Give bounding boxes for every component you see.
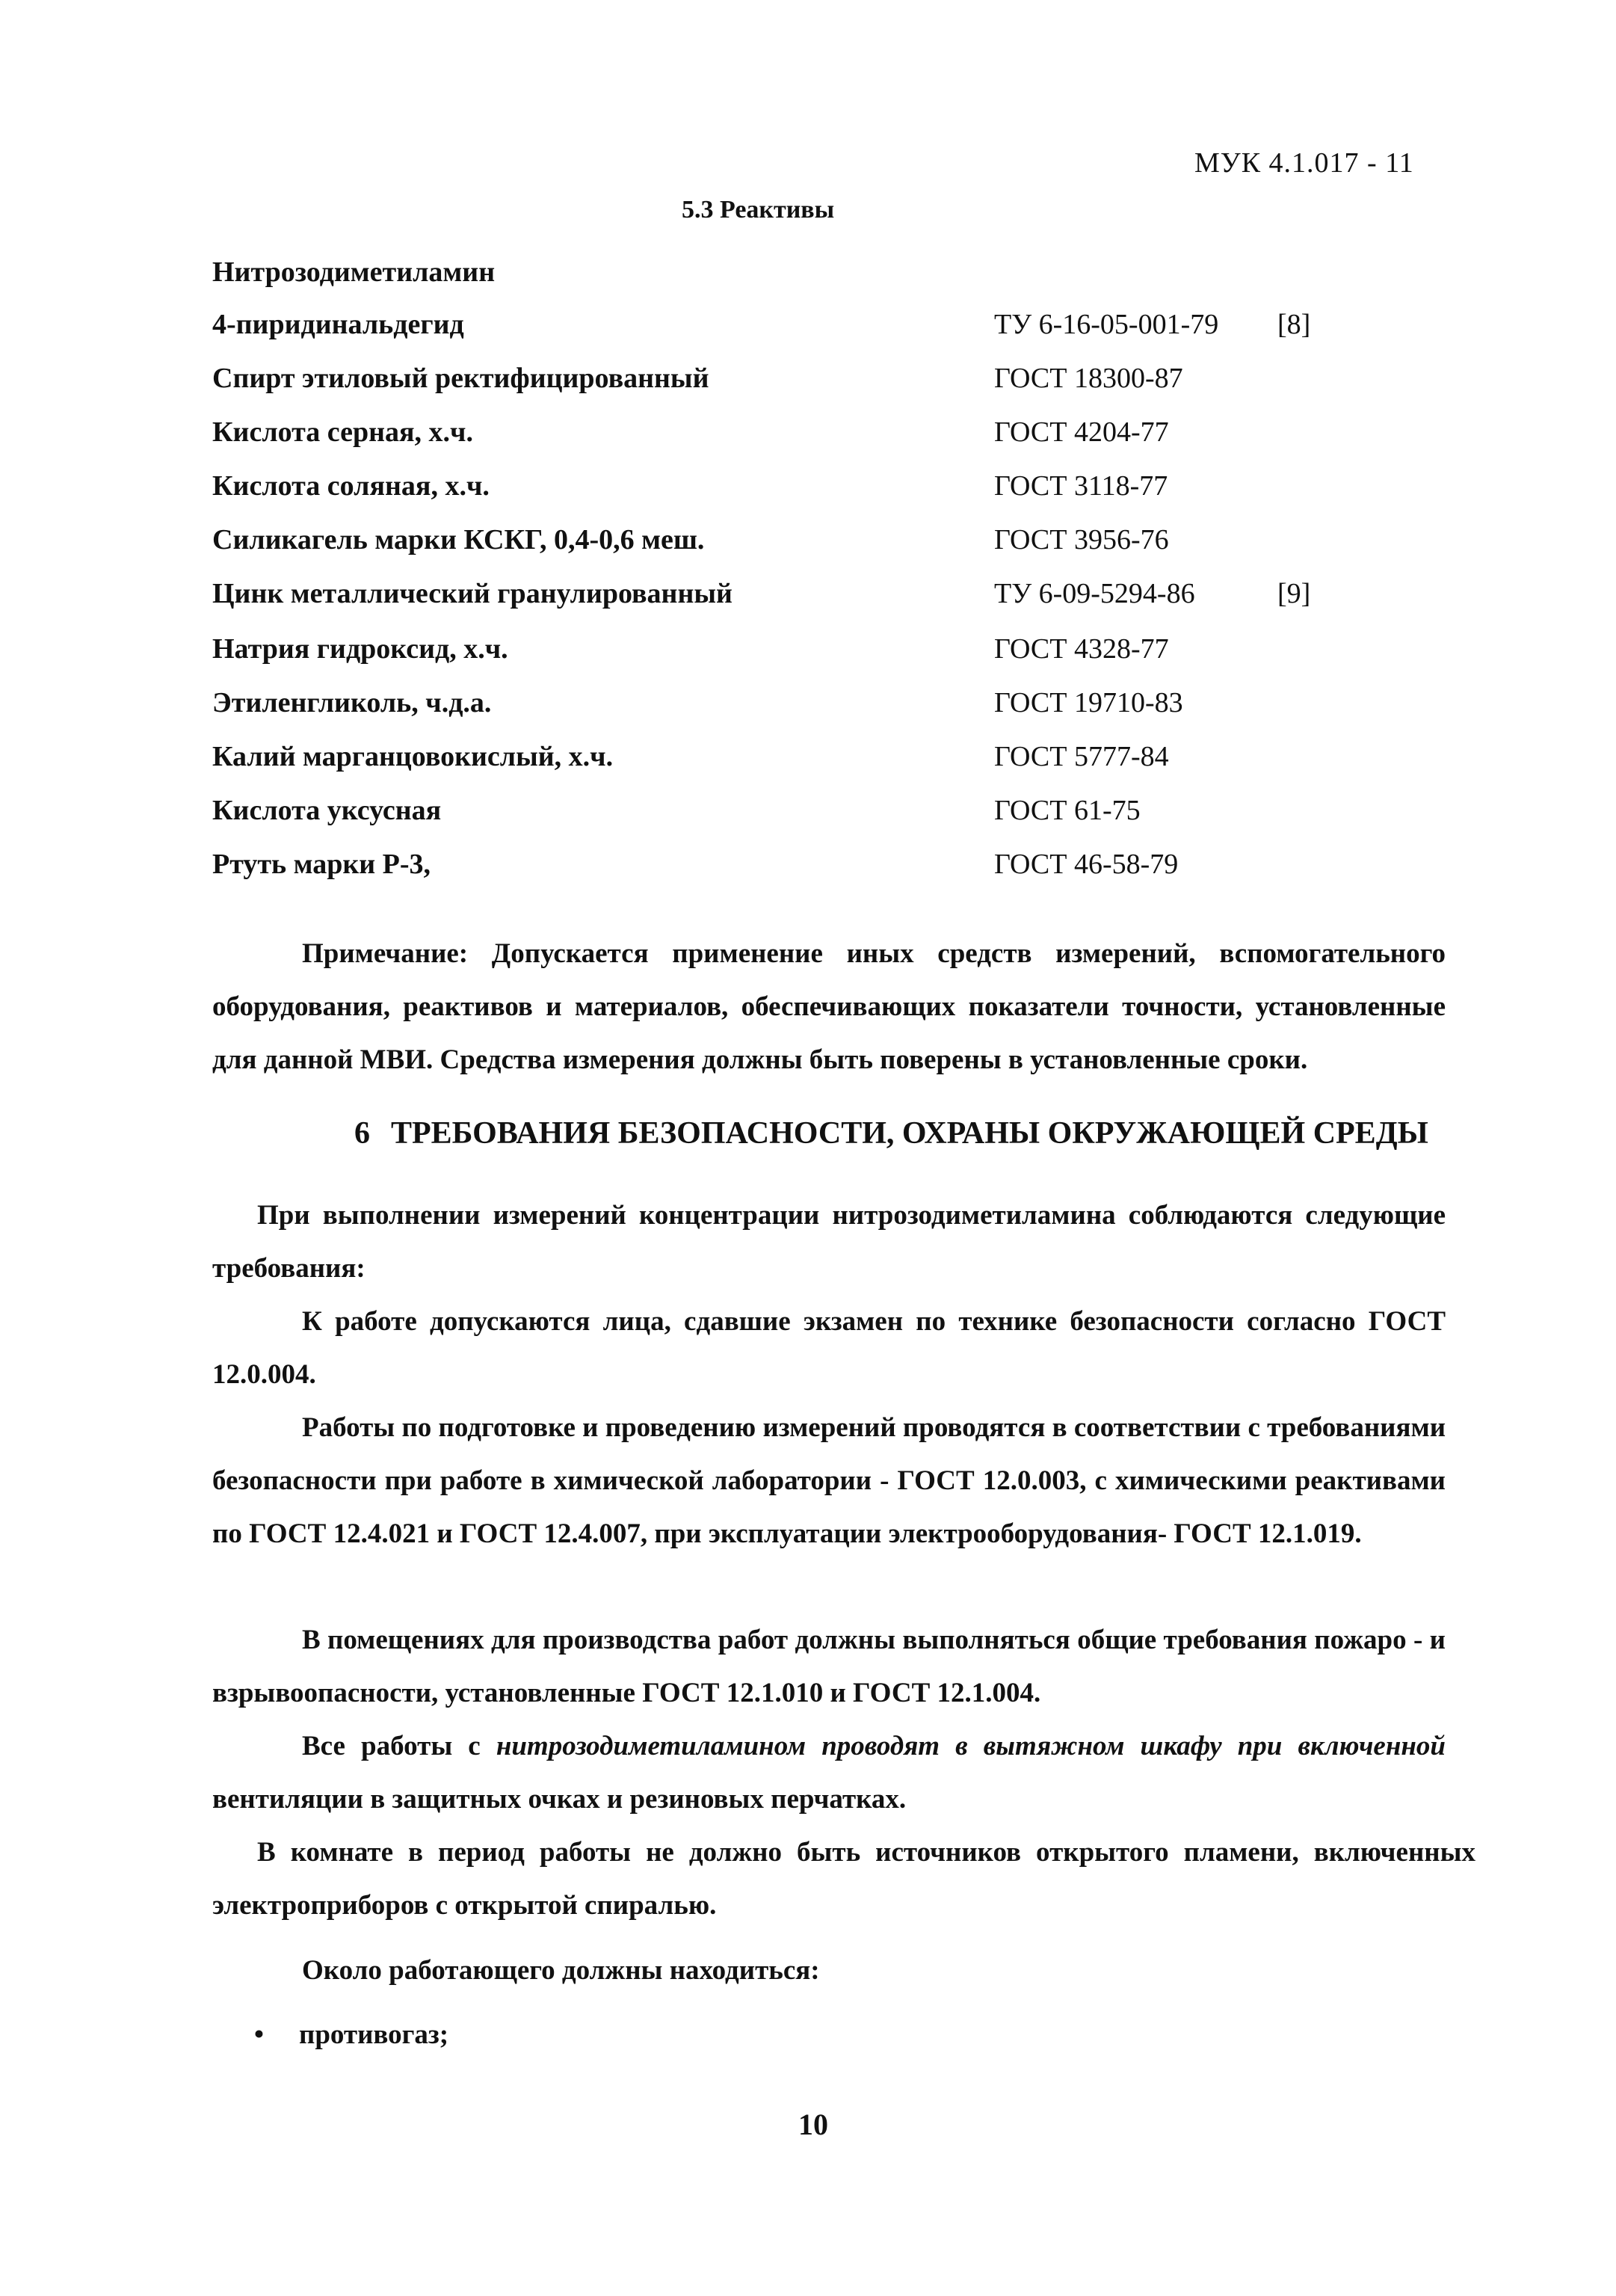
reagent-standard: ГОСТ 18300-87	[994, 362, 1183, 395]
reagent-row: Этиленгликоль, ч.д.а.ГОСТ 19710-83	[212, 686, 1453, 731]
reagent-row: Нитрозодиметиламин	[212, 256, 1453, 301]
paragraph-safety-standards: Работы по подготовке и проведению измере…	[212, 1401, 1446, 1560]
page-number: 10	[798, 2107, 828, 2142]
reagent-standard: ГОСТ 5777-84	[994, 740, 1169, 773]
reagent-name: Калий марганцовокислый, х.ч.	[212, 740, 613, 773]
reagent-name: Кислота серная, х.ч.	[212, 416, 473, 449]
reagent-standard: ТУ 6-09-5294-86	[994, 577, 1195, 610]
reagent-row: Натрия гидроксид, х.ч.ГОСТ 4328-77	[212, 633, 1453, 677]
reagent-row: Ртуть марки Р-3,ГОСТ 46-58-79	[212, 848, 1453, 893]
p4-italic: нитрозодиметиламином проводят в вытяжном…	[496, 1731, 1446, 1761]
reagent-row: Силикагель марки КСКГ, 0,4-0,6 меш.ГОСТ …	[212, 523, 1453, 568]
reagents-note: Примечание: Допускается применение иных …	[212, 927, 1446, 1086]
reagent-row: Кислота серная, х.ч.ГОСТ 4204-77	[212, 416, 1453, 461]
reagent-name: Спирт этиловый ректифицированный	[212, 362, 709, 395]
reagent-name: Кислота уксусная	[212, 794, 441, 827]
bullet-item: •противогаз;	[254, 2019, 448, 2051]
reagent-name: 4-пиридинальдегид	[212, 308, 464, 341]
reagent-row: Калий марганцовокислый, х.ч.ГОСТ 5777-84	[212, 740, 1453, 785]
bullet-icon: •	[254, 2019, 299, 2051]
paragraph-fire-safety: В помещениях для производства работ долж…	[212, 1613, 1446, 1720]
reagent-row: Цинк металлический гранулированныйТУ 6-0…	[212, 577, 1453, 622]
paragraph-near-worker: Около работающего должны находиться:	[212, 1944, 1446, 1997]
section-title: ТРЕБОВАНИЯ БЕЗОПАСНОСТИ, ОХРАНЫ ОКРУЖАЮЩ…	[391, 1116, 1428, 1151]
reagent-standard: ТУ 6-16-05-001-79	[994, 308, 1218, 341]
p4-lead: Все работы с	[302, 1731, 496, 1761]
reagent-name: Силикагель марки КСКГ, 0,4-0,6 меш.	[212, 523, 704, 556]
p4-tail: вентиляции в защитных очках и резиновых …	[212, 1784, 906, 1815]
reagent-name: Кислота соляная, х.ч.	[212, 470, 490, 502]
paragraph-admission: К работе допускаются лица, сдавшие экзам…	[212, 1295, 1446, 1401]
paragraph-fume-hood: Все работы с нитрозодиметиламином провод…	[212, 1720, 1446, 1826]
reagent-reference: [9]	[1277, 577, 1310, 610]
reagent-name: Цинк металлический гранулированный	[212, 577, 733, 610]
reagent-row: 4-пиридинальдегидТУ 6-16-05-001-79[8]	[212, 308, 1453, 353]
reagents-heading: 5.3 Реактивы	[682, 196, 834, 224]
note-text: Примечание: Допускается применение иных …	[212, 927, 1446, 1086]
reagent-standard: ГОСТ 3956-76	[994, 523, 1169, 556]
reagent-row: Кислота уксуснаяГОСТ 61-75	[212, 794, 1453, 839]
reagent-standard: ГОСТ 19710-83	[994, 686, 1183, 719]
reagent-name: Ртуть марки Р-3,	[212, 848, 431, 881]
reagent-standard: ГОСТ 61-75	[994, 794, 1141, 827]
reagent-name: Натрия гидроксид, х.ч.	[212, 633, 508, 665]
document-code: МУК 4.1.017 - 11	[1194, 147, 1414, 179]
reagent-standard: ГОСТ 4328-77	[994, 633, 1169, 665]
section-intro: При выполнении измерений концентрации ни…	[212, 1189, 1446, 1295]
reagent-reference: [8]	[1277, 308, 1310, 341]
reagent-row: Кислота соляная, х.ч.ГОСТ 3118-77	[212, 470, 1453, 514]
reagent-standard: ГОСТ 46-58-79	[994, 848, 1178, 881]
reagent-row: Спирт этиловый ректифицированныйГОСТ 183…	[212, 362, 1453, 407]
reagent-name: Нитрозодиметиламин	[212, 256, 495, 289]
section-number: 6	[354, 1116, 370, 1151]
paragraph-open-flame: В комнате в период работы не должно быть…	[212, 1826, 1475, 1932]
reagent-standard: ГОСТ 4204-77	[994, 416, 1169, 449]
reagent-standard: ГОСТ 3118-77	[994, 470, 1168, 502]
bullet-text: противогаз;	[299, 2019, 448, 2050]
reagent-name: Этиленгликоль, ч.д.а.	[212, 686, 491, 719]
section-6-heading: 6ТРЕБОВАНИЯ БЕЗОПАСНОСТИ, ОХРАНЫ ОКРУЖАЮ…	[354, 1115, 1428, 1151]
